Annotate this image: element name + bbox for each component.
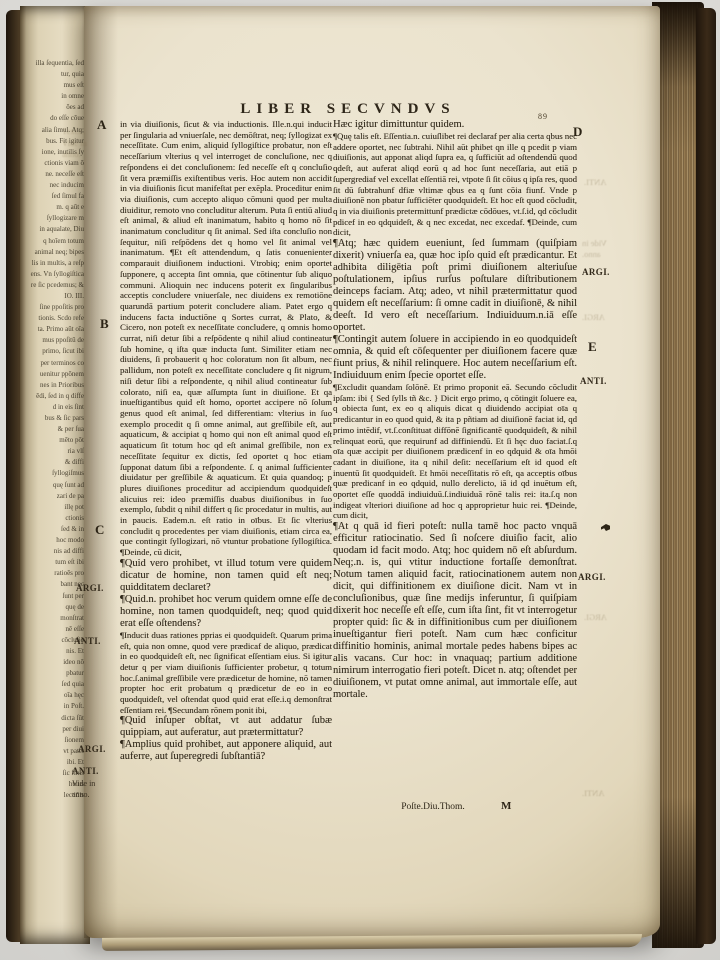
margin-note-anno: anno. (72, 790, 90, 799)
section-letter-b: B (100, 316, 109, 332)
facing-page-text-fragments: illa ſequentia, ſed tur, quia mus eſt in… (26, 58, 84, 858)
showthrough-text: anno. (582, 249, 601, 259)
section-letter-e: E (588, 339, 597, 355)
showthrough-text: anno. (62, 149, 81, 159)
margin-note-anti: ANTI. (74, 636, 101, 646)
lemma-quote: ¶Quid.n. prohibet hoc verum quidem omne … (120, 594, 332, 630)
section-letter-c: C (95, 522, 104, 538)
quire-signature: M (501, 800, 511, 812)
paragraph: ¶Excludit quandam ſolōnē. Et primo propo… (333, 382, 577, 521)
showthrough-text: ANTI. (582, 788, 604, 798)
running-title: LIBER SECVNDVS (118, 101, 578, 118)
lemma-quote: Hæc igitur dimittuntur quidem. (333, 119, 577, 131)
margin-note-anti: ANTI. (580, 376, 607, 386)
showthrough-text: ARGI. (584, 612, 607, 622)
margin-note-vide: Vide in (72, 779, 95, 788)
paragraph: ¶Quę talis eſt. Eſſentia.n. cuiuſlibet r… (333, 131, 577, 238)
margin-note-anti: ANTI. (72, 766, 99, 776)
showthrough-text: Text.c. (62, 126, 85, 136)
showthrough-text: ARGI. (582, 312, 605, 322)
lemma-quote: ¶Amplius quid prohibet, aut apponere ali… (120, 739, 332, 763)
section-letter-d: D (573, 124, 582, 140)
margin-note-argi: ARGI. (578, 572, 606, 582)
catchword: Poſte.Diu.Thom. (378, 802, 488, 812)
paragraph: ¶Inducit duas rationes pprias ei quodqui… (120, 630, 332, 716)
lemma-quote: ¶Quid vero prohibet, vt illud totum vere… (120, 558, 332, 594)
section-letter-a: A (97, 117, 106, 133)
lemma-quote: ¶At q quā id fieri poteſt: nulla tamē ho… (333, 521, 577, 701)
gutter-shadow (84, 6, 124, 938)
text-column-left: in via diuiſionis, ſicut & via induction… (120, 119, 332, 813)
margin-note-argi: ARGI. (78, 744, 106, 754)
open-book: illa ſequentia, ſed tur, quia mus eſt in… (0, 0, 720, 960)
showthrough-text: Vide in (62, 138, 87, 148)
lemma-quote: ¶Atq; hæc quidem eueniunt, ſed ſummam (q… (333, 238, 577, 334)
lemma-quote: ¶Quid inſuper obſtat, vt aut addatur ſub… (120, 715, 332, 739)
margin-note-argi: ARGI. (582, 267, 610, 277)
showthrough-text: ANTI. (584, 177, 606, 187)
right-cover-board (696, 8, 716, 944)
lemma-quote: ¶Contingit autem ſoluere in accipiendo i… (333, 334, 577, 382)
text-column-right: Hæc igitur dimittuntur quidem. ¶Quę tali… (333, 119, 577, 816)
bottom-page-edges (102, 934, 642, 951)
book-photograph: illa ſequentia, ſed tur, quia mus eſt in… (0, 0, 720, 960)
margin-note-argi: ARGI. (76, 583, 104, 593)
paragraph: in via diuiſionis, ſicut & via induction… (120, 119, 332, 558)
showthrough-text: Vide in (582, 238, 607, 248)
